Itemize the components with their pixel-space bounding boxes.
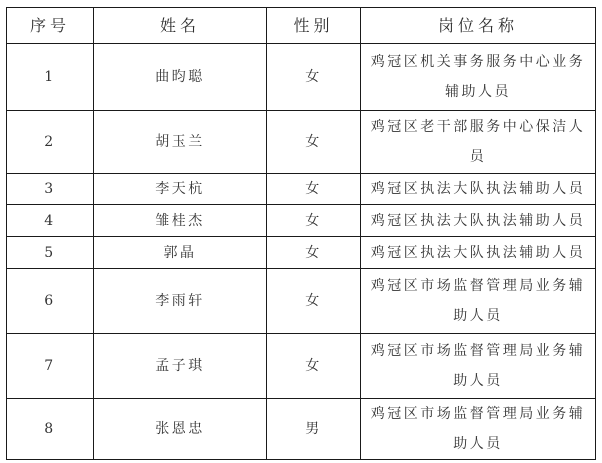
table-header: 序号 姓名 性别 岗位名称 (7, 8, 596, 44)
table-row: 7孟子琪女鸡冠区市场监督管理局业务辅助人员 (7, 334, 596, 399)
page: 序号 姓名 性别 岗位名称 1曲昀聪女鸡冠区机关事务服务中心业务辅助人员2胡玉兰… (0, 0, 602, 463)
name-cell: 胡玉兰 (94, 111, 267, 174)
seq-cell: 3 (7, 174, 94, 205)
table-body: 1曲昀聪女鸡冠区机关事务服务中心业务辅助人员2胡玉兰女鸡冠区老干部服务中心保洁人… (7, 44, 596, 460)
seq-cell: 2 (7, 111, 94, 174)
position-cell: 鸡冠区执法大队执法辅助人员 (361, 174, 596, 205)
seq-cell: 6 (7, 269, 94, 334)
table-row: 3李天杭女鸡冠区执法大队执法辅助人员 (7, 174, 596, 205)
gender-cell: 女 (267, 237, 361, 269)
gender-cell: 女 (267, 44, 361, 111)
table-row: 8张恩忠男鸡冠区市场监督管理局业务辅助人员 (7, 399, 596, 460)
gender-cell: 女 (267, 174, 361, 205)
name-cell: 张恩忠 (94, 399, 267, 460)
table-row: 2胡玉兰女鸡冠区老干部服务中心保洁人员 (7, 111, 596, 174)
position-cell: 鸡冠区老干部服务中心保洁人员 (361, 111, 596, 174)
gender-cell: 女 (267, 334, 361, 399)
position-cell: 鸡冠区市场监督管理局业务辅助人员 (361, 334, 596, 399)
name-cell: 李天杭 (94, 174, 267, 205)
position-cell: 鸡冠区市场监督管理局业务辅助人员 (361, 399, 596, 460)
position-roster-table: 序号 姓名 性别 岗位名称 1曲昀聪女鸡冠区机关事务服务中心业务辅助人员2胡玉兰… (6, 7, 596, 460)
seq-cell: 5 (7, 237, 94, 269)
gender-cell: 女 (267, 111, 361, 174)
name-cell: 郭晶 (94, 237, 267, 269)
table-row: 1曲昀聪女鸡冠区机关事务服务中心业务辅助人员 (7, 44, 596, 111)
name-cell: 孟子琪 (94, 334, 267, 399)
name-cell: 雏桂杰 (94, 205, 267, 237)
table-row: 4雏桂杰女鸡冠区执法大队执法辅助人员 (7, 205, 596, 237)
position-cell: 鸡冠区市场监督管理局业务辅助人员 (361, 269, 596, 334)
gender-cell: 男 (267, 399, 361, 460)
seq-cell: 7 (7, 334, 94, 399)
seq-cell: 4 (7, 205, 94, 237)
header-row: 序号 姓名 性别 岗位名称 (7, 8, 596, 44)
header-position: 岗位名称 (361, 8, 596, 44)
header-gender: 性别 (267, 8, 361, 44)
table-row: 6李雨轩女鸡冠区市场监督管理局业务辅助人员 (7, 269, 596, 334)
position-cell: 鸡冠区机关事务服务中心业务辅助人员 (361, 44, 596, 111)
gender-cell: 女 (267, 205, 361, 237)
table-row: 5郭晶女鸡冠区执法大队执法辅助人员 (7, 237, 596, 269)
name-cell: 李雨轩 (94, 269, 267, 334)
position-cell: 鸡冠区执法大队执法辅助人员 (361, 237, 596, 269)
gender-cell: 女 (267, 269, 361, 334)
header-name: 姓名 (94, 8, 267, 44)
header-seq: 序号 (7, 8, 94, 44)
name-cell: 曲昀聪 (94, 44, 267, 111)
seq-cell: 8 (7, 399, 94, 460)
position-cell: 鸡冠区执法大队执法辅助人员 (361, 205, 596, 237)
seq-cell: 1 (7, 44, 94, 111)
